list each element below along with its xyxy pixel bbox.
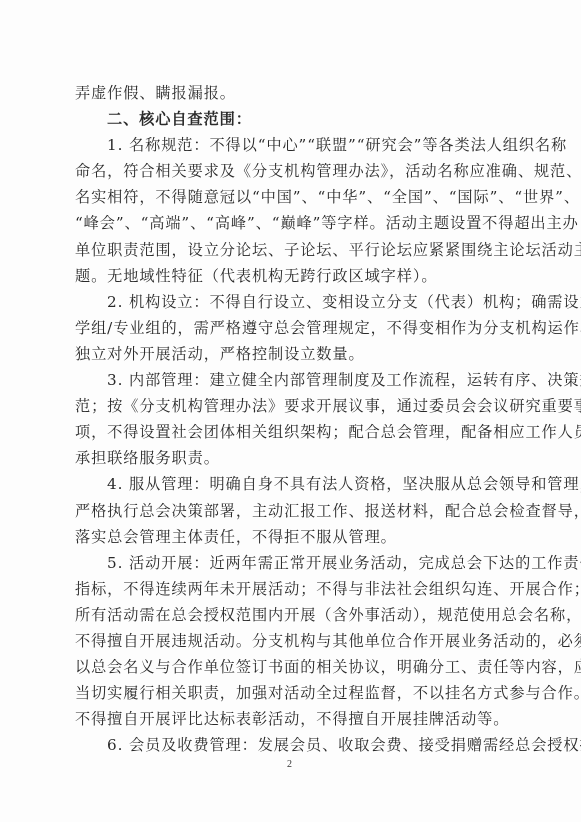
item-3-internal-management: 3. 内部管理：建立健全内部管理制度及工作流程，运转有序、决策规	[75, 367, 515, 393]
text-line: 以总会名义与合作单位签订书面的相关协议，明确分工、责任等内容，应	[75, 654, 515, 680]
item-2-institution-setup: 2. 机构设立：不得自行设立、变相设立分支（代表）机构；确需设立	[75, 289, 515, 315]
text-line: 指标，不得连续两年未开展活动；不得与非法社会组织勾连、开展合作；	[75, 576, 515, 602]
text-line: 不得擅自开展评比达标表彰活动，不得擅自开展挂牌活动等。	[75, 706, 515, 732]
text-line: 严格执行总会决策部署，主动汇报工作、报送材料，配合总会检查督导，	[75, 498, 515, 524]
item-6-membership-fees: 6. 会员及收费管理：发展会员、收取会费、接受捐赠需经总会授权批	[75, 732, 515, 758]
text-line: 单位职责范围，设立分论坛、子论坛、平行论坛应紧紧围绕主论坛活动主	[75, 237, 515, 263]
page-number: 2	[287, 759, 292, 770]
text-line: 不得擅自开展违规活动。分支机构与其他单位合作开展业务活动的，必须	[75, 628, 515, 654]
text-line: 弄虚作假、瞒报漏报。	[75, 80, 515, 106]
item-4-obey-management: 4. 服从管理：明确自身不具有法人资格，坚决服从总会领导和管理，	[75, 471, 515, 497]
text-line: 落实总会管理主体责任，不得拒不服从管理。	[75, 524, 515, 550]
document-page-body: 弄虚作假、瞒报漏报。 二、核心自查范围： 1. 名称规范：不得以“中心”“联盟”…	[75, 80, 515, 758]
text-line: 名实相符，不得随意冠以“中国”、“中华”、“全国”、“国际”、“世界”、	[75, 184, 515, 210]
text-line: 所有活动需在总会授权范围内开展（含外事活动），规范使用总会名称，	[75, 602, 515, 628]
text-line: 项，不得设置社会团体相关组织架构；配合总会管理，配备相应工作人员	[75, 419, 515, 445]
text-line: 当切实履行相关职责，加强对活动全过程监督，不以挂名方式参与合作。	[75, 680, 515, 706]
text-line: “峰会”、“高端”、“高峰”、“巅峰”等字样。活动主题设置不得超出主办	[75, 210, 515, 236]
item-5-activities: 5. 活动开展：近两年需正常开展业务活动，完成总会下达的工作责任	[75, 550, 515, 576]
text-line: 命名，符合相关要求及《分支机构管理办法》，活动名称应准确、规范、	[75, 158, 515, 184]
text-line: 学组/专业组的，需严格遵守总会管理规定，不得变相作为分支机构运作、	[75, 315, 515, 341]
item-1-name-standard: 1. 名称规范：不得以“中心”“联盟”“研究会”等各类法人组织名称	[75, 132, 515, 158]
text-line: 独立对外开展活动，严格控制设立数量。	[75, 341, 515, 367]
section-heading: 二、核心自查范围：	[75, 106, 515, 132]
text-line: 题。无地域性特征（代表机构无跨行政区域字样）。	[75, 263, 515, 289]
text-line: 范；按《分支机构管理办法》要求开展议事，通过委员会会议研究重要事	[75, 393, 515, 419]
text-line: 承担联络服务职责。	[75, 445, 515, 471]
